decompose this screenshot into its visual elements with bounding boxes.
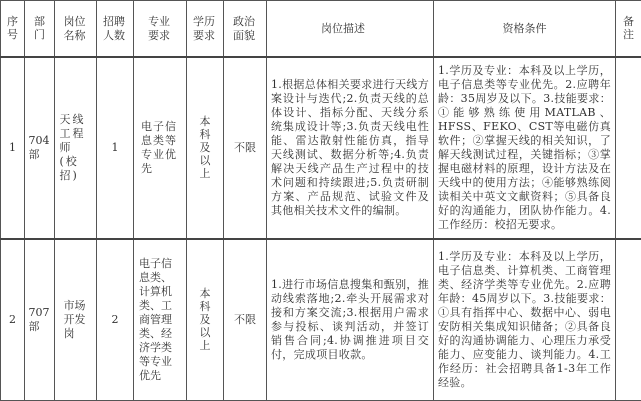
- cell-index: 1: [1, 57, 25, 239]
- cell-qualifications: 1.学历及专业：本科及以上学历，电子信息类、计算机类、工商管理类、经济学类等专业…: [434, 239, 616, 399]
- cell-headcount: 2: [97, 239, 134, 399]
- cell-major: 电子信息类等专业优先: [134, 57, 187, 239]
- header-headcount: 招聘人数: [97, 1, 134, 58]
- cell-remarks: [616, 57, 641, 239]
- cell-headcount: 1: [97, 57, 134, 239]
- cell-political: 不限: [224, 57, 267, 239]
- cell-major: 电子信息类、计算机类、工商管理类、经济学类等专业优先: [134, 239, 187, 399]
- cell-position: 市场开发岗: [55, 239, 97, 399]
- header-index: 序号: [1, 1, 25, 58]
- header-dept: 部门: [25, 1, 55, 58]
- cell-index: 2: [1, 239, 25, 399]
- cell-dept: 704部: [25, 57, 55, 239]
- cell-political: 不限: [224, 239, 267, 399]
- header-major: 专业要求: [134, 1, 187, 58]
- cell-description: 1.进行市场信息搜集和甄别，推动线索落地;2.牵头开展需求对接和方案交流;3.根…: [267, 239, 434, 399]
- cell-qualifications: 1.学历及专业：本科及以上学历，电子信息类等专业优先。2.应聘年龄：35周岁及以…: [434, 57, 616, 239]
- cell-description: 1.根据总体相关要求进行天线方案设计与迭代;2.负责天线的总体设计、指标分配、天…: [267, 57, 434, 239]
- cell-dept: 707部: [25, 239, 55, 399]
- cell-education: 本科及以上: [187, 57, 224, 239]
- cell-education: 本科及以上: [187, 239, 224, 399]
- recruitment-table: 序号 部门 岗位名称 招聘人数 专业要求 学历要求 政治面貌 岗位描述 资格条件…: [0, 0, 641, 399]
- cell-remarks: [616, 239, 641, 399]
- header-political: 政治面貌: [224, 1, 267, 58]
- header-position: 岗位名称: [55, 1, 97, 58]
- cell-position: 天线工程师(校招): [55, 57, 97, 239]
- header-education: 学历要求: [187, 1, 224, 58]
- header-qualifications: 资格条件: [434, 1, 616, 58]
- table-row: 1 704部 天线工程师(校招) 1 电子信息类等专业优先 本科及以上 不限 1…: [1, 57, 641, 239]
- header-remarks: 备注: [616, 1, 641, 58]
- header-row: 序号 部门 岗位名称 招聘人数 专业要求 学历要求 政治面貌 岗位描述 资格条件…: [1, 1, 641, 58]
- table-row: 2 707部 市场开发岗 2 电子信息类、计算机类、工商管理类、经济学类等专业优…: [1, 239, 641, 399]
- header-description: 岗位描述: [267, 1, 434, 58]
